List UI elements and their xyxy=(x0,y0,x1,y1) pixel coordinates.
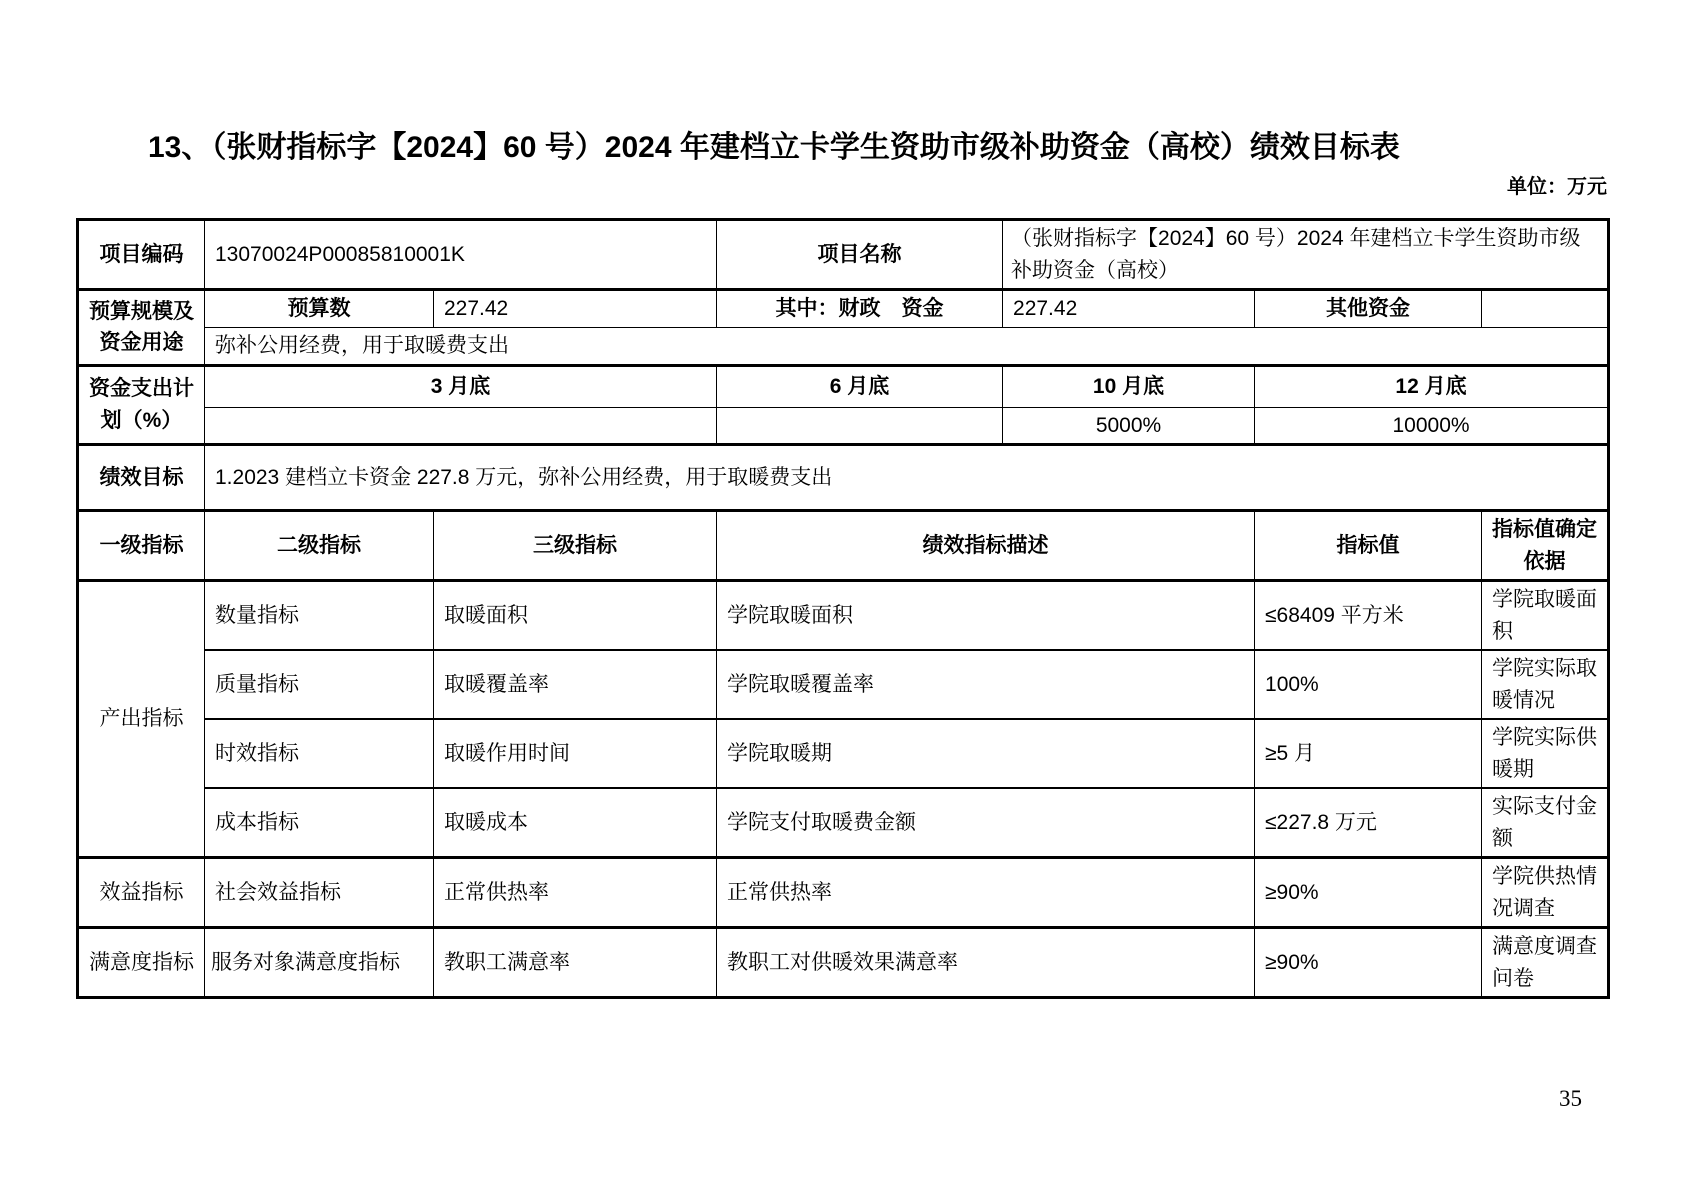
spending-plan-header-row: 资金支出计划（%） 3 月底 6 月底 10 月底 12 月底 xyxy=(78,365,1609,407)
project-name-label: 项目名称 xyxy=(717,220,1003,290)
project-code-label: 项目编码 xyxy=(78,220,205,290)
indicator-header-row: 一级指标 二级指标 三级指标 绩效指标描述 指标值 指标值确定依据 xyxy=(78,511,1609,581)
performance-goal-label: 绩效目标 xyxy=(78,445,205,511)
level3-cell: 取暖成本 xyxy=(434,788,717,858)
indicator-row-cost: 成本指标 取暖成本 学院支付取暖费金额 ≤227.8 万元 实际支付金额 xyxy=(78,788,1609,858)
basis-cell: 学院实际取暖情况 xyxy=(1482,650,1609,719)
level3-cell: 取暖覆盖率 xyxy=(434,650,717,719)
level3-cell: 取暖面积 xyxy=(434,581,717,651)
project-name-value: （张财指标字【2024】60 号）2024 年建档立卡学生资助市级补助资金（高校… xyxy=(1003,220,1609,290)
level2-cell: 服务对象满意度指标 xyxy=(205,928,434,998)
page-number: 35 xyxy=(1559,1086,1582,1112)
target-cell: ≤227.8 万元 xyxy=(1255,788,1482,858)
level2-cell: 数量指标 xyxy=(205,581,434,651)
level2-cell: 社会效益指标 xyxy=(205,858,434,928)
header-level3: 三级指标 xyxy=(434,511,717,581)
level2-cell: 成本指标 xyxy=(205,788,434,858)
performance-goal-value: 1.2023 建档立卡资金 227.8 万元，弥补公用经费，用于取暖费支出 xyxy=(205,445,1609,511)
plan-value-october: 5000% xyxy=(1003,407,1255,445)
budget-number-label: 预算数 xyxy=(205,290,434,328)
basis-cell: 实际支付金额 xyxy=(1482,788,1609,858)
basis-cell: 满意度调查问卷 xyxy=(1482,928,1609,998)
spending-plan-label: 资金支出计划（%） xyxy=(78,365,205,445)
description-cell: 学院取暖期 xyxy=(717,719,1255,788)
indicator-row-quantity: 产出指标 数量指标 取暖面积 学院取暖面积 ≤68409 平方米 学院取暖面积 xyxy=(78,581,1609,651)
performance-goal-row: 绩效目标 1.2023 建档立卡资金 227.8 万元，弥补公用经费，用于取暖费… xyxy=(78,445,1609,511)
header-level1: 一级指标 xyxy=(78,511,205,581)
project-code-value: 13070024P00085810001K xyxy=(205,220,717,290)
target-cell: ≥90% xyxy=(1255,928,1482,998)
plan-value-june xyxy=(717,407,1003,445)
indicator-row-satisfaction: 满意度指标 服务对象满意度指标 教职工满意率 教职工对供暖效果满意率 ≥90% … xyxy=(78,928,1609,998)
description-cell: 学院取暖面积 xyxy=(717,581,1255,651)
header-target: 指标值 xyxy=(1255,511,1482,581)
description-cell: 教职工对供暖效果满意率 xyxy=(717,928,1255,998)
target-cell: ≤68409 平方米 xyxy=(1255,581,1482,651)
unit-note: 单位：万元 xyxy=(76,170,1607,199)
basis-cell: 学院取暖面积 xyxy=(1482,581,1609,651)
spending-plan-values-row: 5000% 10000% xyxy=(78,407,1609,445)
description-cell: 学院取暖覆盖率 xyxy=(717,650,1255,719)
basis-cell: 学院供热情况调查 xyxy=(1482,858,1609,928)
level3-cell: 正常供热率 xyxy=(434,858,717,928)
plan-value-march xyxy=(205,407,717,445)
other-fund-label: 其他资金 xyxy=(1255,290,1482,328)
level1-benefit: 效益指标 xyxy=(78,858,205,928)
project-row: 项目编码 13070024P00085810001K 项目名称 （张财指标字【2… xyxy=(78,220,1609,290)
level2-cell: 质量指标 xyxy=(205,650,434,719)
fiscal-fund-label: 其中：财政 资金 xyxy=(717,290,1003,328)
document-page: 13、（张财指标字【2024】60 号）2024 年建档立卡学生资助市级补助资金… xyxy=(0,0,1684,1190)
target-cell: 100% xyxy=(1255,650,1482,719)
header-level2: 二级指标 xyxy=(205,511,434,581)
target-cell: ≥90% xyxy=(1255,858,1482,928)
fund-usage-value: 弥补公用经费，用于取暖费支出 xyxy=(205,328,1609,366)
fund-usage-row: 弥补公用经费，用于取暖费支出 xyxy=(78,328,1609,366)
page-title: 13、（张财指标字【2024】60 号）2024 年建档立卡学生资助市级补助资金… xyxy=(148,122,1400,166)
description-cell: 学院支付取暖费金额 xyxy=(717,788,1255,858)
indicator-row-benefit: 效益指标 社会效益指标 正常供热率 正常供热率 ≥90% 学院供热情况调查 xyxy=(78,858,1609,928)
level1-output: 产出指标 xyxy=(78,581,205,858)
budget-row: 预算规模及资金用途 预算数 227.42 其中：财政 资金 227.42 其他资… xyxy=(78,290,1609,328)
other-fund-value xyxy=(1482,290,1609,328)
header-description: 绩效指标描述 xyxy=(717,511,1255,581)
period-october: 10 月底 xyxy=(1003,365,1255,407)
header-basis: 指标值确定依据 xyxy=(1482,511,1609,581)
level3-cell: 教职工满意率 xyxy=(434,928,717,998)
period-march: 3 月底 xyxy=(205,365,717,407)
budget-section-label: 预算规模及资金用途 xyxy=(78,290,205,366)
indicator-row-timeliness: 时效指标 取暖作用时间 学院取暖期 ≥5 月 学院实际供暖期 xyxy=(78,719,1609,788)
level3-cell: 取暖作用时间 xyxy=(434,719,717,788)
period-june: 6 月底 xyxy=(717,365,1003,407)
level1-satisfaction: 满意度指标 xyxy=(78,928,205,998)
fiscal-fund-value: 227.42 xyxy=(1003,290,1255,328)
description-cell: 正常供热率 xyxy=(717,858,1255,928)
level2-cell: 时效指标 xyxy=(205,719,434,788)
plan-value-december: 10000% xyxy=(1255,407,1609,445)
period-december: 12 月底 xyxy=(1255,365,1609,407)
performance-target-table: 项目编码 13070024P00085810001K 项目名称 （张财指标字【2… xyxy=(76,218,1610,999)
basis-cell: 学院实际供暖期 xyxy=(1482,719,1609,788)
indicator-row-quality: 质量指标 取暖覆盖率 学院取暖覆盖率 100% 学院实际取暖情况 xyxy=(78,650,1609,719)
target-cell: ≥5 月 xyxy=(1255,719,1482,788)
budget-number-value: 227.42 xyxy=(434,290,717,328)
